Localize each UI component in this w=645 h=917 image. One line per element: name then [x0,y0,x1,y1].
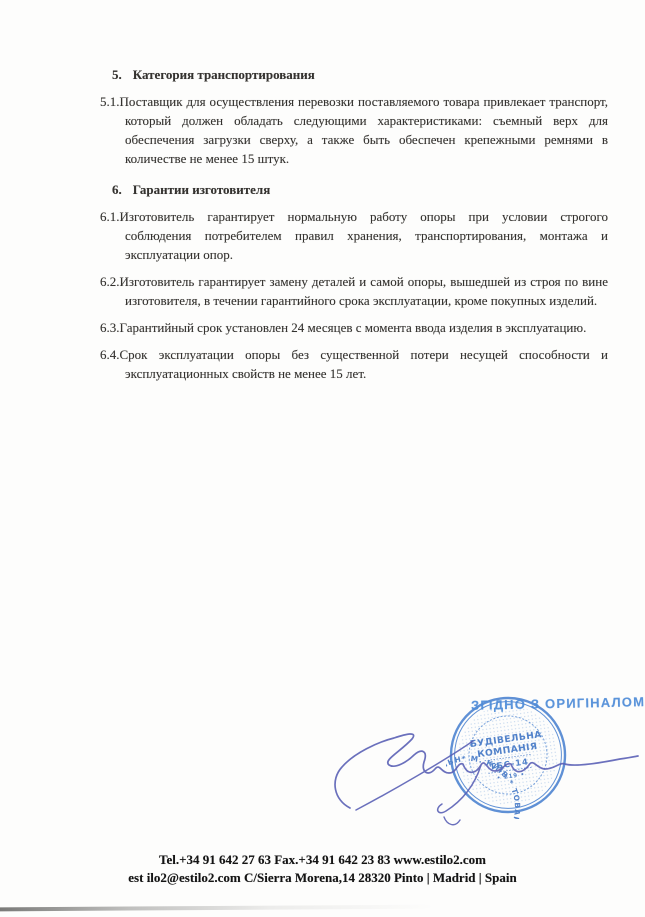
clause-text: Гарантийный срок установлен 24 месяцев с… [120,320,587,335]
clause-6-2: 6.2.Изготовитель гарантирует замену дета… [100,272,608,310]
clause-text: Поставщик для осуществления перевозки по… [120,94,609,166]
handwritten-signature [328,718,645,848]
clause-6-4: 6.4.Срок эксплуатации опоры без существе… [100,345,608,383]
clause-text: Изготовитель гарантирует замену деталей … [120,274,609,308]
scan-artifact-line [0,905,434,911]
clause-6-1: 6.1.Изготовитель гарантирует нормальную … [100,207,608,264]
section-number: 5. [112,65,122,84]
letterhead-footer: Tel.+34 91 642 27 63 Fax.+34 91 642 23 8… [0,851,645,887]
section-6-heading: 6. Гарантии изготовителя [112,180,608,199]
clause-number: 5.1. [100,94,120,109]
section-number: 6. [112,180,122,199]
contract-body: 5. Категория транспортирования 5.1.Поста… [100,65,608,383]
clause-number: 6.4. [100,347,120,362]
clause-6-3: 6.3.Гарантийный срок установлен 24 месяц… [100,318,608,337]
clause-number: 6.3. [100,320,120,335]
footer-contact-line1: Tel.+34 91 642 27 63 Fax.+34 91 642 23 8… [0,851,645,869]
section-5-heading: 5. Категория транспортирования [112,65,608,84]
clause-5-1: 5.1.Поставщик для осуществления перевозк… [100,92,608,168]
clause-number: 6.2. [100,274,120,289]
clause-number: 6.1. [100,209,120,224]
scanned-contract-page: 5. Категория транспортирования 5.1.Поста… [0,0,645,917]
signature-cross-stroke [356,741,473,810]
clause-text: Срок эксплуатации опоры без существенной… [120,347,609,381]
certified-copy-stamp-text: ЗГІДНО З ОРИГІНАЛОМ [471,694,645,713]
signature-tail-curl [444,817,460,825]
section-title: Категория транспортирования [133,65,315,84]
footer-contact-line2: est ilo2@estilo2.com C/Sierra Morena,14 … [0,869,645,887]
clause-text: Изготовитель гарантирует нормальную рабо… [120,209,609,262]
section-title: Гарантии изготовителя [133,180,270,199]
